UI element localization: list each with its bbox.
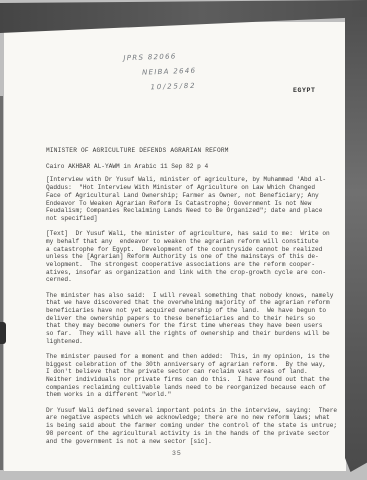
article-paragraph: The minister paused for a moment and the…	[46, 353, 342, 399]
article-paragraph: [Text] Dr Yusuf Wali, the minister of ag…	[46, 230, 342, 284]
binder-notch	[0, 322, 6, 344]
page-number: 35	[172, 450, 182, 457]
article-body: MINISTER OF AGRICULTURE DEFENDS AGRARIAN…	[46, 147, 342, 453]
article-paragraph: The minister has also said: I will revea…	[46, 292, 342, 346]
handwritten-notes: JPRS 82066 NEIBA 2646 10/25/82	[123, 49, 197, 96]
scanner-border-left	[0, 96, 3, 470]
article-title: MINISTER OF AGRICULTURE DEFENDS AGRARIAN…	[46, 147, 342, 155]
article-paragraph: Dr Yusuf Wali defined several important …	[46, 407, 342, 446]
handwritten-note-date: 10/25/82	[150, 79, 197, 96]
scanner-border-right	[345, 6, 367, 472]
region-label: EGYPT	[293, 87, 316, 94]
source-citation: Cairo AKHBAR AL-YAWM in Arabic 11 Sep 82…	[46, 163, 342, 171]
article-paragraph: [Interview with Dr Yusuf Wali, minister …	[46, 176, 342, 222]
